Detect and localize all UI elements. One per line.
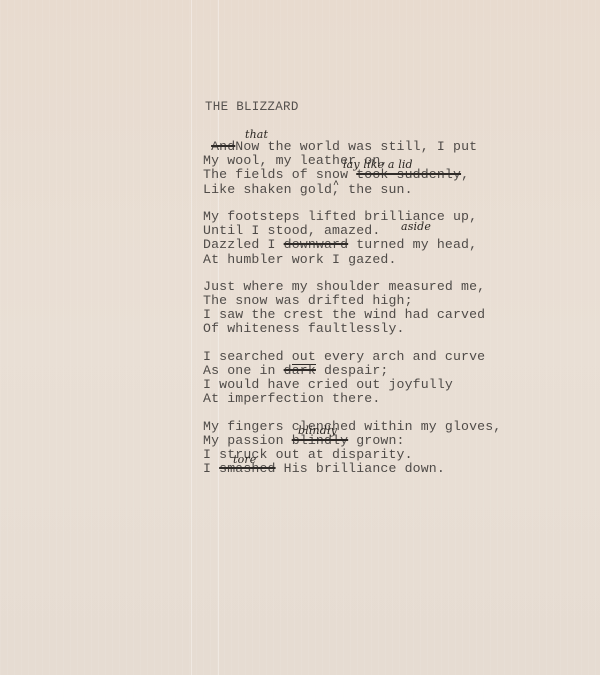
line-text: I searched bbox=[203, 349, 292, 364]
poem-body: AndNow the world was still, I putthatMy … bbox=[203, 140, 501, 490]
poem-stanza: Just where my shoulder measured me,The s… bbox=[203, 280, 501, 337]
poem-line: Dazzled I downward turned my head, bbox=[203, 238, 501, 252]
handwritten-insert: lay like a lid bbox=[343, 158, 413, 172]
handwritten-insert: that bbox=[245, 128, 268, 142]
poem-line: At humbler work I gazed. bbox=[203, 253, 501, 267]
line-text: Like shaken gold, the sun. bbox=[203, 182, 413, 197]
poem-line: Like shaken gold, the sun.^ bbox=[203, 183, 501, 197]
poem-stanza: My fingers clenched within my gloves,My … bbox=[203, 420, 501, 477]
paper-fold bbox=[191, 0, 192, 675]
poem-line: My passion blindly grown:blindly bbox=[203, 434, 501, 448]
line-text: Until I stood, amazed. bbox=[203, 223, 380, 238]
line-text: Of whiteness faultlessly. bbox=[203, 321, 405, 336]
line-text: Now the world was still, I put bbox=[235, 139, 477, 154]
poem-stanza: I searched out every arch and curveAs on… bbox=[203, 350, 501, 407]
handwritten-insert: tore bbox=[233, 453, 256, 467]
line-text: My passion bbox=[203, 433, 292, 448]
poem-line: My footsteps lifted brilliance up, bbox=[203, 210, 501, 224]
line-text: , bbox=[461, 167, 469, 182]
insertion-caret-icon: ^ bbox=[333, 179, 339, 193]
line-text: I would have cried out joyfully bbox=[203, 377, 453, 392]
line-text: turned my head, bbox=[348, 237, 477, 252]
line-text: My footsteps lifted brilliance up, bbox=[203, 209, 477, 224]
line-text: I bbox=[203, 461, 219, 476]
handwritten-insert: blindly bbox=[298, 424, 337, 438]
document-page: THE BLIZZARD AndNow the world was still,… bbox=[0, 0, 600, 675]
line-text: Dazzled I bbox=[203, 237, 284, 252]
struck-text: dark bbox=[284, 363, 316, 378]
poem-stanza: AndNow the world was still, I putthatMy … bbox=[203, 140, 501, 197]
poem-line: The snow was drifted high; bbox=[203, 294, 501, 308]
poem-title: THE BLIZZARD bbox=[205, 100, 299, 114]
poem-line: I smashed His brilliance down.tore bbox=[203, 462, 501, 476]
poem-stanza: My footsteps lifted brilliance up,Until … bbox=[203, 210, 501, 267]
line-text: At imperfection there. bbox=[203, 391, 380, 406]
poem-line: I would have cried out joyfully bbox=[203, 378, 501, 392]
struck-text: downward bbox=[284, 237, 349, 252]
struck-text: And bbox=[211, 139, 235, 154]
line-text bbox=[203, 139, 211, 154]
line-text: I saw the crest the wind had carved bbox=[203, 307, 485, 322]
poem-line: AndNow the world was still, I putthat bbox=[203, 140, 501, 154]
poem-line: The fields of snow took suddenly,lay lik… bbox=[203, 168, 501, 182]
poem-line: I saw the crest the wind had carved bbox=[203, 308, 501, 322]
line-text: every arch and curve bbox=[316, 349, 485, 364]
poem-line: As one in dark despair; bbox=[203, 364, 501, 378]
handwritten-insert: aside bbox=[401, 220, 431, 234]
line-text: grown: bbox=[348, 433, 404, 448]
poem-line: Just where my shoulder measured me, bbox=[203, 280, 501, 294]
poem-line: My fingers clenched within my gloves, bbox=[203, 420, 501, 434]
line-text: despair; bbox=[316, 363, 389, 378]
poem-line: I searched out every arch and curve bbox=[203, 350, 501, 364]
line-text: At humbler work I gazed. bbox=[203, 252, 397, 267]
line-text: Just where my shoulder measured me, bbox=[203, 279, 485, 294]
poem-line: Of whiteness faultlessly. bbox=[203, 322, 501, 336]
line-text: My fingers clenched within my gloves, bbox=[203, 419, 501, 434]
poem-line: At imperfection there. bbox=[203, 392, 501, 406]
line-text: As one in bbox=[203, 363, 284, 378]
poem-line: Until I stood, amazed.aside bbox=[203, 224, 501, 238]
line-text: The snow was drifted high; bbox=[203, 293, 413, 308]
line-text: His brilliance down. bbox=[276, 461, 445, 476]
